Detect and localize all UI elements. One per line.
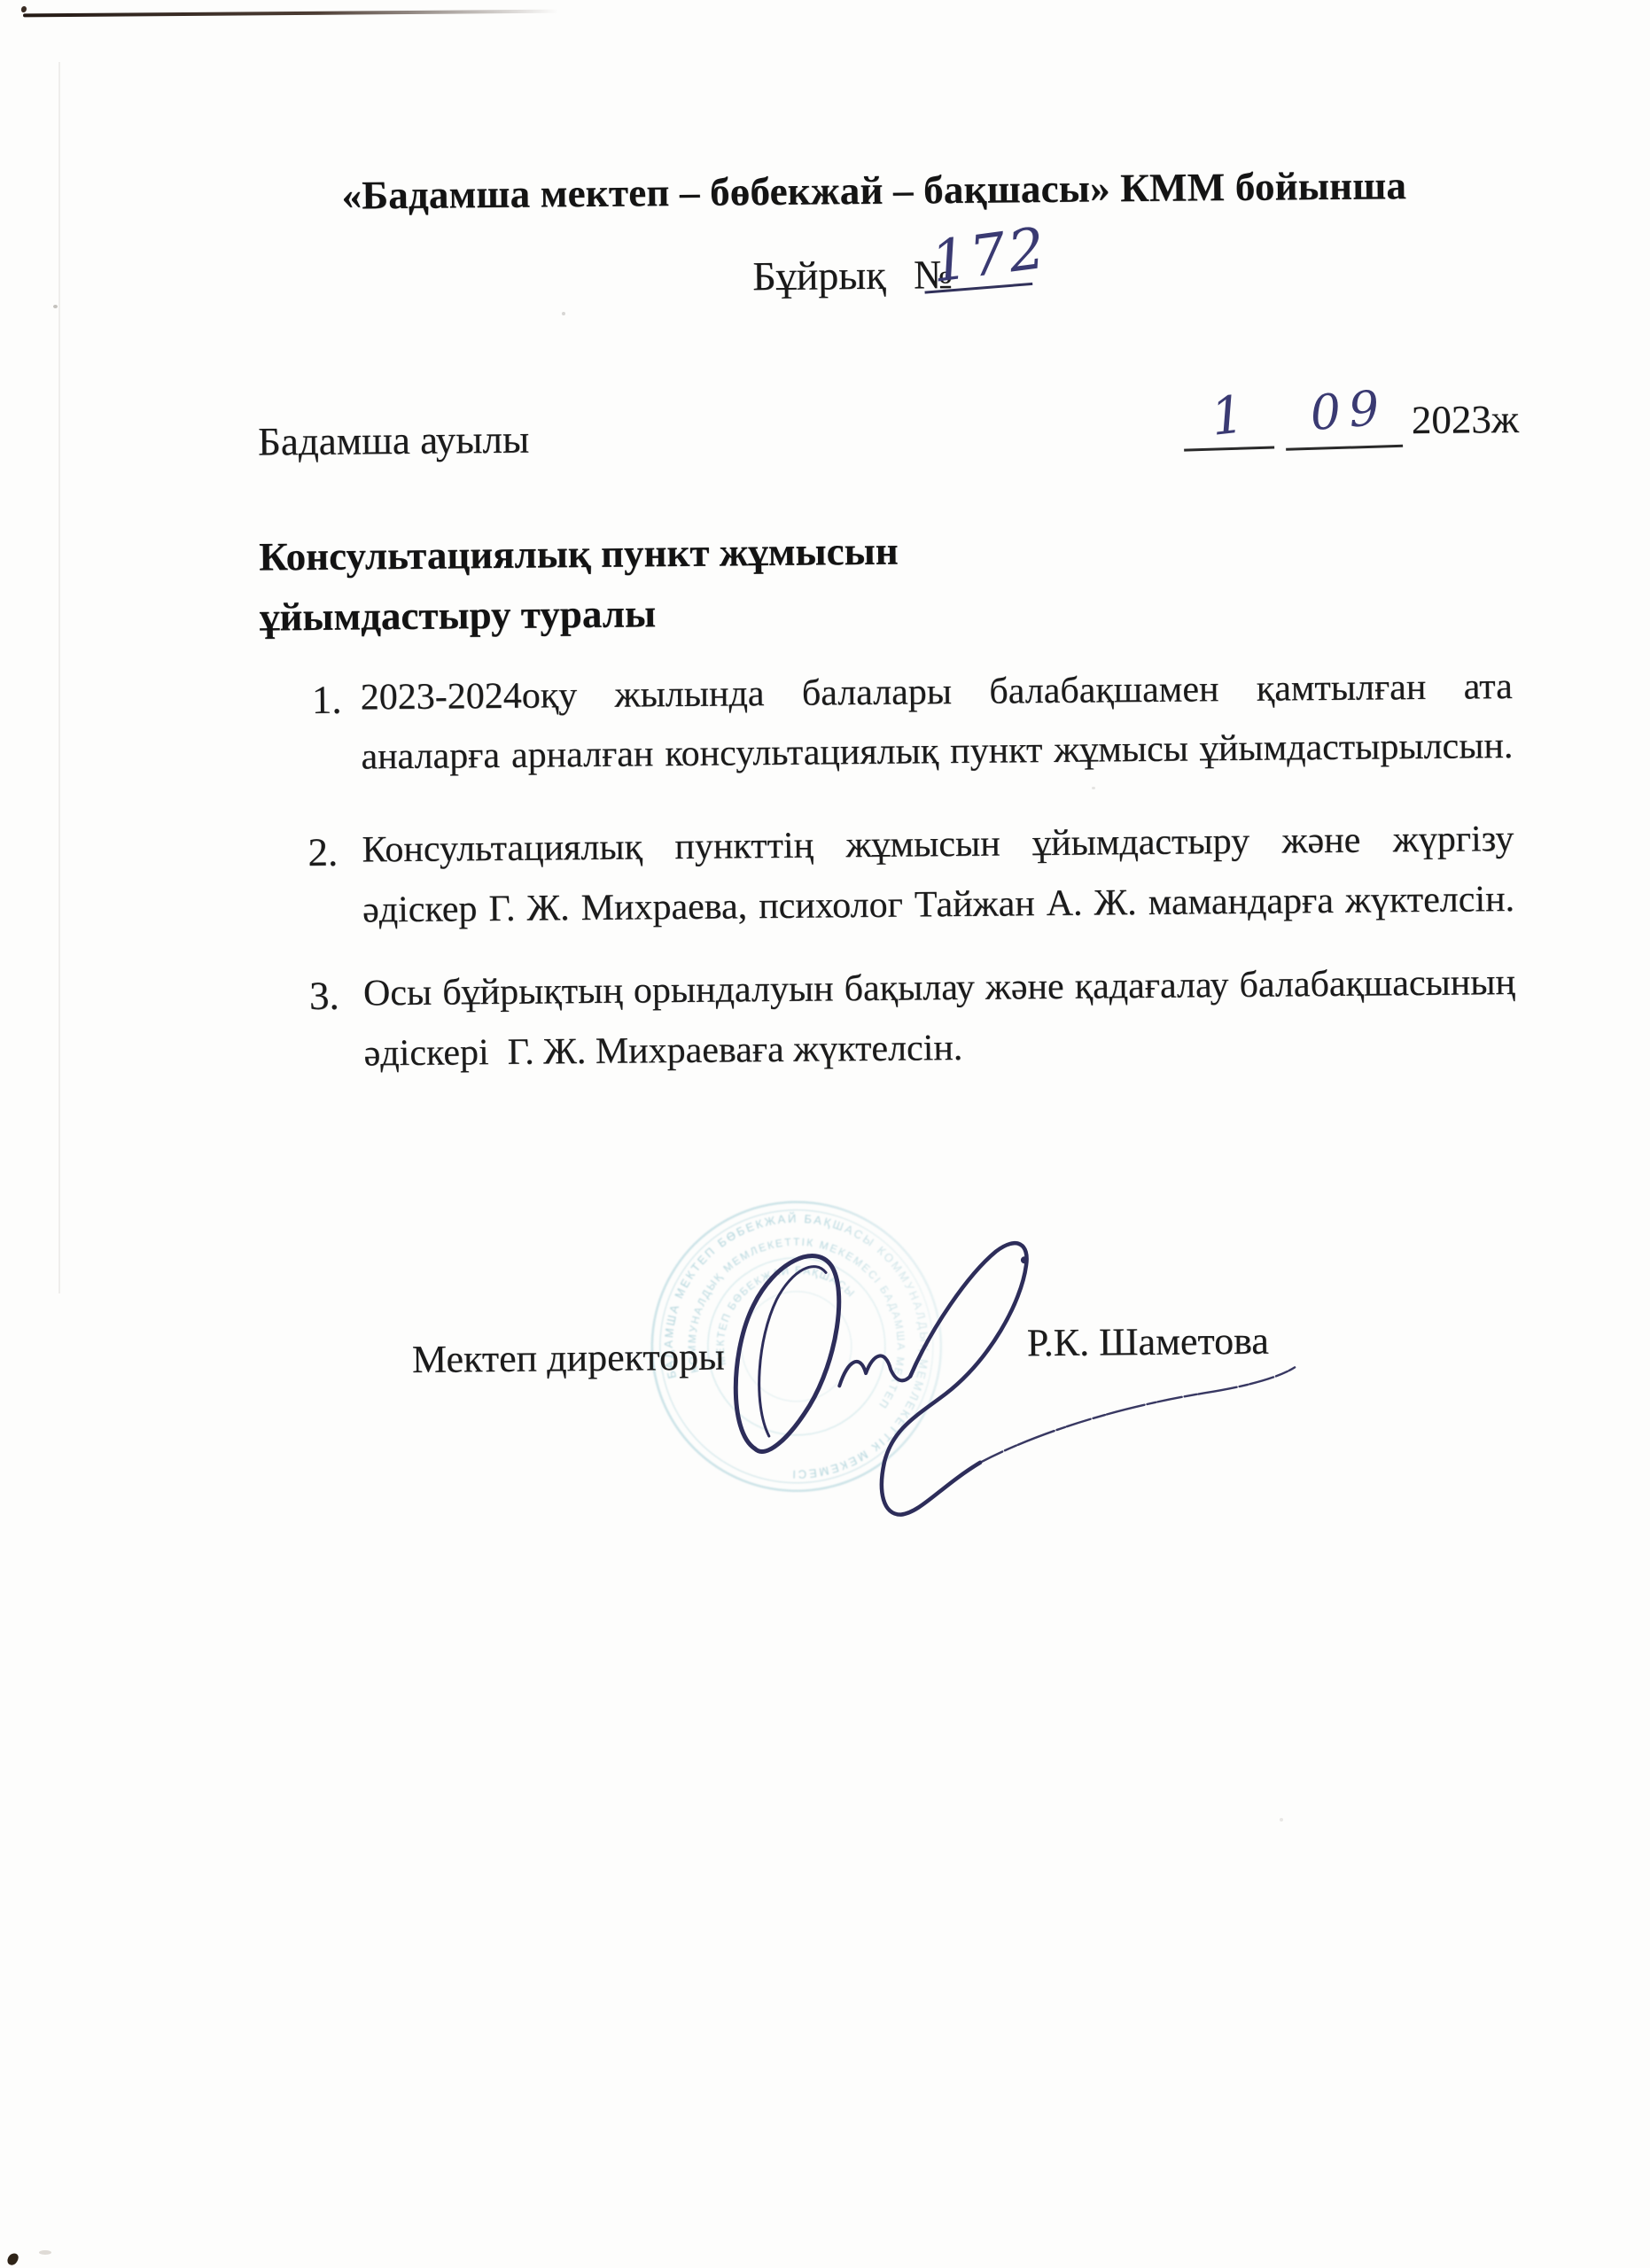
list-item-text: Консультациялық пункттің жұмысын ұйымдас… bbox=[362, 819, 1514, 871]
signature-pen-dot bbox=[1021, 1256, 1028, 1263]
order-label: Бұйрық № bbox=[752, 252, 953, 299]
list-item-text: 2023-2024оқу жылында балалары балабақшам… bbox=[361, 667, 1513, 718]
date-month-underline bbox=[1286, 445, 1403, 451]
signatory-role: Мектеп директоры bbox=[412, 1336, 725, 1381]
subject-line-1: Консультациялық пункт жұмысын bbox=[259, 530, 899, 579]
list-item-text: аналарға арналған консультациялық пункт … bbox=[361, 726, 1513, 778]
date-day-underline bbox=[1184, 446, 1274, 451]
subject-line-2: ұйымдастыру туралы bbox=[260, 592, 657, 639]
place-name: Бадамша ауылы bbox=[258, 418, 530, 464]
scanned-order-page: «Бадамша мектеп – бөбекжай – бақшасы» КМ… bbox=[0, 0, 1650, 2268]
director-signature bbox=[706, 1213, 1330, 1573]
handwritten-order-number: 172 bbox=[928, 218, 1051, 294]
list-item-text: әдіскер Г. Ж. Михраева, психолог Тайжан … bbox=[362, 880, 1514, 931]
list-item-text: Осы бұйрықтың орындалуын бақылау және қа… bbox=[363, 963, 1515, 1014]
signature-oval-inner-stroke bbox=[758, 1266, 827, 1436]
signature-m-strokes bbox=[839, 1355, 910, 1386]
organization-title: «Бадамша мектеп – бөбекжай – бақшасы» КМ… bbox=[324, 164, 1423, 217]
list-item-number: 1. bbox=[312, 679, 342, 722]
list-item-number: 2. bbox=[307, 831, 338, 874]
list-item-number: 3. bbox=[309, 975, 339, 1018]
signature-tail-stroke bbox=[979, 1367, 1296, 1462]
list-item-text: әдіскері Г. Ж. Михраеваға жүктелсін. bbox=[363, 1023, 1515, 1075]
signature-oval-stroke bbox=[735, 1255, 841, 1451]
handwritten-date-day: 1 bbox=[1208, 386, 1247, 445]
signatory-name: Р.К. Шаметова bbox=[1027, 1320, 1269, 1364]
handwritten-date-month: 09 bbox=[1309, 382, 1389, 439]
document-body: «Бадамша мектеп – бөбекжай – бақшасы» КМ… bbox=[0, 0, 1650, 2268]
date-year: 2023ж bbox=[1412, 398, 1520, 442]
